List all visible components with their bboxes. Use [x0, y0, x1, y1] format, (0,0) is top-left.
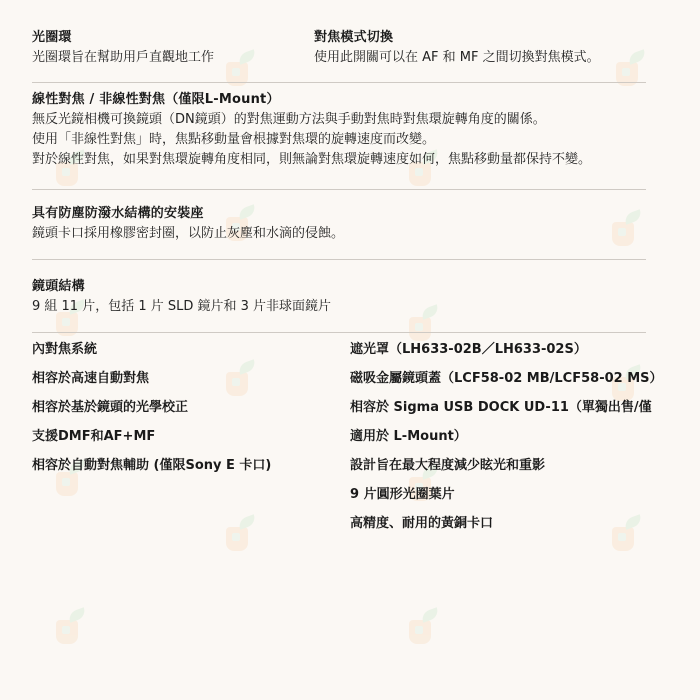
linear-focus-line-2: 使用「非線性對焦」時，焦點移動量會根據對焦環的旋轉速度而改變。 — [32, 130, 646, 150]
divider — [32, 82, 646, 83]
divider — [32, 189, 646, 190]
watermark-logo-icon — [222, 515, 256, 553]
divider — [32, 332, 646, 333]
dust-splash-mount-title: 具有防塵防潑水結構的安裝座 — [32, 204, 646, 224]
aperture-ring-title: 光圈環 — [32, 28, 214, 48]
focus-mode-switch-block: 對焦模式切換 使用此開關可以在 AF 和 MF 之間切換對焦模式。 — [314, 28, 600, 68]
linear-focus-line-1: 無反光鏡相機可換鏡頭（DN鏡頭）的對焦運動方法與手動對焦時對焦環旋轉角度的關係。 — [32, 110, 646, 130]
dust-splash-mount-line-1: 鏡頭卡口採用橡膠密封圈，以防止灰塵和水滴的侵蝕。 — [32, 224, 646, 244]
linear-focus-line-3: 對於線性對焦，如果對焦環旋轉角度相同，則無論對焦環旋轉速度如何，焦點移動量都保持… — [32, 150, 646, 170]
watermark-logo-icon — [222, 360, 256, 398]
linear-focus-section: 線性對焦 / 非線性對焦（僅限L-Mount） 無反光鏡相機可換鏡頭（DN鏡頭）… — [32, 90, 646, 170]
watermark-logo-icon — [52, 608, 86, 646]
feature-item: 設計旨在最大程度減少眩光和重影 — [350, 456, 545, 476]
feature-item: 遮光罩（LH633-02B／LH633-02S） — [350, 340, 587, 360]
feature-item: 9 片圓形光圈葉片 — [350, 485, 455, 505]
feature-item: 內對焦系統 — [32, 340, 97, 360]
linear-focus-title: 線性對焦 / 非線性對焦（僅限L-Mount） — [32, 90, 646, 110]
watermark-logo-icon — [608, 515, 642, 553]
divider — [32, 259, 646, 260]
feature-item: 磁吸金屬鏡頭蓋（LCF58-02 MB/LCF58-02 MS） — [350, 369, 663, 389]
lens-construction-section: 鏡頭結構 9 組 11 片，包括 1 片 SLD 鏡片和 3 片非球面鏡片 — [32, 277, 646, 317]
feature-item: 相容於自動對焦輔助 (僅限Sony E 卡口) — [32, 456, 271, 476]
focus-mode-switch-title: 對焦模式切換 — [314, 28, 600, 48]
feature-item: 支援DMF和AF+MF — [32, 427, 155, 447]
aperture-ring-description: 光圈環旨在幫助用戶直觀地工作 — [32, 48, 214, 68]
feature-item: 相容於高速自動對焦 — [32, 369, 149, 389]
watermark-logo-icon — [405, 608, 439, 646]
feature-item: 相容於 Sigma USB DOCK UD-11（單獨出售/僅 — [350, 398, 652, 418]
aperture-ring-block: 光圈環 光圈環旨在幫助用戶直觀地工作 — [32, 28, 214, 68]
dust-splash-mount-section: 具有防塵防潑水結構的安裝座 鏡頭卡口採用橡膠密封圈，以防止灰塵和水滴的侵蝕。 — [32, 204, 646, 244]
feature-item: 適用於 L-Mount） — [350, 427, 467, 447]
feature-item: 高精度、耐用的黃銅卡口 — [350, 514, 493, 534]
lens-construction-title: 鏡頭結構 — [32, 277, 646, 297]
feature-item: 相容於基於鏡頭的光學校正 — [32, 398, 188, 418]
focus-mode-switch-description: 使用此開關可以在 AF 和 MF 之間切換對焦模式。 — [314, 48, 600, 68]
lens-construction-line-1: 9 組 11 片，包括 1 片 SLD 鏡片和 3 片非球面鏡片 — [32, 297, 646, 317]
